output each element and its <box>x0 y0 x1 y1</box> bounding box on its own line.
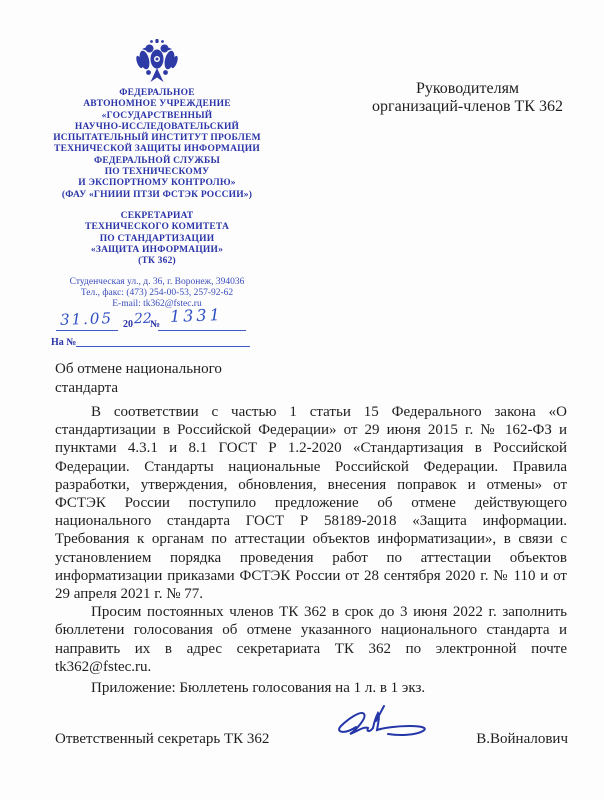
number-handwritten: 1331 <box>170 305 223 326</box>
org-name-line: НАУЧНО-ИССЛЕДОВАТЕЛЬСКИЙ <box>28 122 286 133</box>
fstec-emblem-icon <box>134 38 180 84</box>
org-name-line: ФЕДЕРАЛЬНОЙ СЛУЖБЫ <box>28 156 286 167</box>
year-prefix: 20 <box>123 319 133 330</box>
email-line: E-mail: tk362@fstec.ru <box>28 299 286 310</box>
number-sign: № <box>150 319 160 330</box>
org-name-line: АВТОНОМНОЕ УЧРЕЖДЕНИЕ <box>28 99 286 110</box>
secretariat-name: СЕКРЕТАРИАТ ТЕХНИЧЕСКОГО КОМИТЕТА ПО СТА… <box>28 211 286 267</box>
attachment-line: Приложение: Бюллетень голосования на 1 л… <box>55 680 567 697</box>
addressee-line: организаций-членов ТК 362 <box>345 98 590 116</box>
org-name-line: ИСПЫТАТЕЛЬНЫЙ ИНСТИТУТ ПРОБЛЕМ <box>28 133 286 144</box>
date-handwritten: 31.05 <box>60 309 114 329</box>
secretariat-line: ТЕХНИЧЕСКОГО КОМИТЕТА <box>28 222 286 233</box>
body-paragraph-2: Просим постоянных членов ТК 362 в срок д… <box>55 603 567 676</box>
reply-ref-label: На № <box>51 337 76 348</box>
phone-line: Тел., факс: (473) 254-00-53, 257-92-62 <box>28 288 286 299</box>
org-name-line: «ГОСУДАРСТВЕННЫЙ <box>28 111 286 122</box>
addressee-line: Руководителям <box>345 80 590 98</box>
org-name-line: ФЕДЕРАЛЬНОЕ <box>28 88 286 99</box>
subject-line: Об отмене национального <box>55 360 305 379</box>
letter-body: В соответствии с частью 1 статьи 15 Феде… <box>55 403 567 676</box>
secretariat-line: СЕКРЕТАРИАТ <box>28 211 286 222</box>
reply-ref-underline <box>76 346 250 347</box>
secretariat-line: (ТК 362) <box>28 256 286 267</box>
signatory-name: В.Войналович <box>420 731 568 748</box>
secretariat-line: ПО СТАНДАРТИЗАЦИИ <box>28 234 286 245</box>
date-underline <box>56 330 118 331</box>
secretariat-line: «ЗАЩИТА ИНФОРМАЦИИ» <box>28 245 286 256</box>
document-page: ФЕДЕРАЛЬНОЕ АВТОНОМНОЕ УЧРЕЖДЕНИЕ «ГОСУД… <box>0 0 604 800</box>
subject-block: Об отмене национального стандарта <box>55 360 305 397</box>
body-paragraph-1: В соответствии с частью 1 статьи 15 Феде… <box>55 403 567 603</box>
org-name-line: И ЭКСПОРТНОМУ КОНТРОЛЮ» <box>28 178 286 189</box>
contact-info: Студенческая ул., д. 36, г. Воронеж, 394… <box>28 277 286 309</box>
org-name-line: ПО ТЕХНИЧЕСКОМУ <box>28 167 286 178</box>
org-name-line: ТЕХНИЧЕСКОЙ ЗАЩИТЫ ИНФОРМАЦИИ <box>28 144 286 155</box>
addressee-block: Руководителям организаций-членов ТК 362 <box>345 80 590 115</box>
org-name-line: (ФАУ «ГНИИИ ПТЗИ ФСТЭК РОССИИ») <box>28 190 286 201</box>
letterhead: ФЕДЕРАЛЬНОЕ АВТОНОМНОЕ УЧРЕЖДЕНИЕ «ГОСУД… <box>28 38 286 310</box>
signatory-title: Ответственный секретарь ТК 362 <box>55 731 269 748</box>
subject-line: стандарта <box>55 379 305 398</box>
address-line: Студенческая ул., д. 36, г. Воронеж, 394… <box>28 277 286 288</box>
number-underline <box>158 330 246 331</box>
organization-name: ФЕДЕРАЛЬНОЕ АВТОНОМНОЕ УЧРЕЖДЕНИЕ «ГОСУД… <box>28 88 286 201</box>
